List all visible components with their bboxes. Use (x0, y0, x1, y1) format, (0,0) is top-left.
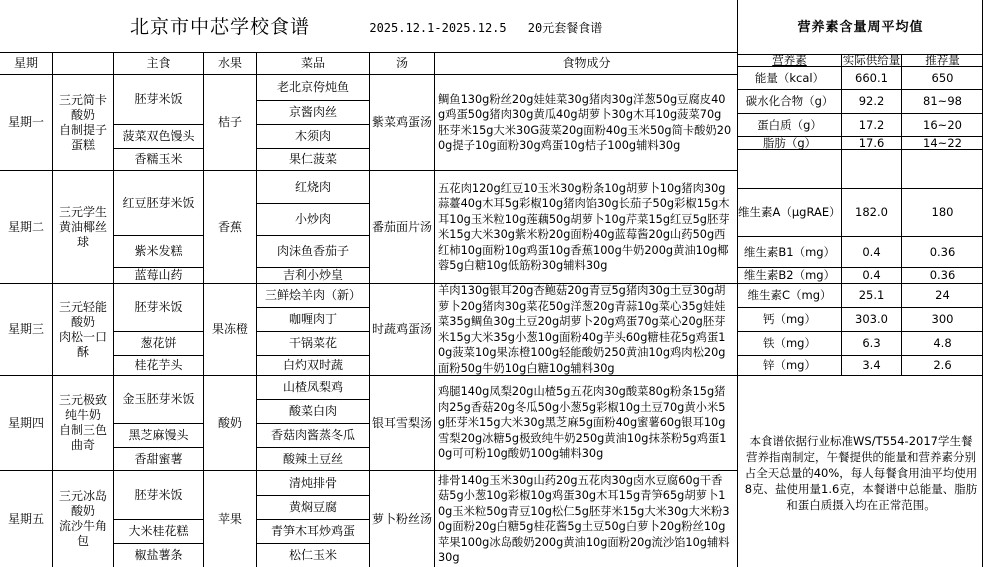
dish-item: 山楂凤梨鸡 (256, 376, 369, 400)
staple-item: 香甜蜜薯 (113, 448, 203, 470)
nutrient-recommended: 0.36 (901, 237, 983, 268)
dish-item: 果仁菠菜 (256, 149, 369, 170)
staple-item: 胚芽米饭 (113, 471, 203, 520)
extra-item: 三元极致 纯牛奶 自制三色 曲奇 (52, 376, 113, 470)
header-ingredients: 食物成分 (434, 52, 738, 75)
page-title: 北京市中芯学校食谱 (120, 12, 320, 42)
day-label: 星期五 (0, 471, 52, 567)
soup-item: 时蔬鸡蛋汤 (369, 284, 434, 375)
extra-item: 三元轻能 酸奶 肉松一口 酥 (52, 284, 113, 375)
dish-item: 三鲜烩羊肉（新） (256, 284, 369, 308)
nutrient-actual: 182.0 (841, 189, 901, 237)
dish-item: 木须肉 (256, 125, 369, 149)
nutrition-note: 本食谱依据行业标准WS/T554-2017学生餐营养指南制定，午餐提供的能量和营… (740, 432, 982, 514)
fruit-item: 酸奶 (203, 376, 256, 470)
nutrient-name: 维生素B1（mg） (738, 237, 841, 268)
day-label: 星期三 (0, 284, 52, 375)
nutrient-actual: 0.4 (841, 268, 901, 284)
fruit-item: 果冻橙 (203, 284, 256, 375)
dish-item: 青笋木耳炒鸡蛋 (256, 520, 369, 544)
nutrient-actual: 92.2 (841, 90, 901, 114)
dish-item: 香菇肉酱蒸冬瓜 (256, 424, 369, 448)
dish-item: 吉利小炒皇 (256, 268, 369, 283)
ingredients-text: 鲷鱼130g粉丝20g娃娃菜30g猪肉30g洋葱50g豆腐皮40g鸡蛋50g猪肉… (434, 75, 738, 170)
nutrient-recommended: 14~22 (901, 137, 983, 150)
staple-item: 大米桂花糕 (113, 520, 203, 544)
nutrient-name-blank (738, 150, 841, 189)
nutrient-recommended: 81~98 (901, 90, 983, 114)
fruit-item: 桔子 (203, 75, 256, 170)
dish-item: 干锅菜花 (256, 332, 369, 356)
soup-item: 紫菜鸡蛋汤 (369, 75, 434, 170)
staple-item: 蓝莓山药 (113, 268, 203, 283)
soup-item: 番茄面片汤 (369, 171, 434, 283)
header-dishes: 菜品 (256, 52, 369, 75)
day-label: 星期二 (0, 171, 52, 283)
nutrient-recommended: 300 (901, 308, 983, 332)
header-fruit: 水果 (203, 52, 256, 75)
header-staple: 主食 (113, 52, 203, 75)
nutrient-name: 碳水化合物（g） (738, 90, 841, 114)
nutrient-recommended: 650 (901, 67, 983, 90)
nutrient-actual: 6.3 (841, 332, 901, 356)
dish-item: 老北京侉炖鱼 (256, 75, 369, 101)
nutrient-actual: 303.0 (841, 308, 901, 332)
nutrition-header-name: 营养素 (738, 55, 841, 67)
nutrient-actual: 17.6 (841, 137, 901, 150)
staple-item: 胚芽米饭 (113, 75, 203, 125)
nutrient-name: 锌（mg） (738, 356, 841, 376)
staple-item: 葱花饼 (113, 332, 203, 356)
nutrient-actual: 660.1 (841, 67, 901, 90)
staple-item: 黑芝麻馒头 (113, 424, 203, 448)
staple-item: 红豆胚芽米饭 (113, 171, 203, 236)
nutrient-name: 能量（kcal） (738, 67, 841, 90)
nutrient-actual: 3.4 (841, 356, 901, 376)
extra-item: 三元冰岛 酸奶 流沙牛角 包 (52, 471, 113, 567)
title-area: 北京市中芯学校食谱 2025.12.1-2025.12.5 20元套餐食谱 (0, 0, 738, 52)
nutrient-name: 铁（mg） (738, 332, 841, 356)
staple-item: 金玉胚芽米饭 (113, 376, 203, 424)
header-extra (52, 52, 113, 75)
nutrition-title: 营养素含量周平均值 (738, 0, 983, 55)
nutrient-recommended: 180 (901, 189, 983, 237)
dish-item: 松仁玉米 (256, 544, 369, 567)
staple-item: 紫米发糕 (113, 236, 203, 268)
soup-item: 萝卜粉丝汤 (369, 471, 434, 567)
nutrient-name: 维生素A（μgRAE） (738, 189, 841, 237)
header-soup: 汤 (369, 52, 434, 75)
staple-item: 胚芽米饭 (113, 284, 203, 332)
dish-item: 白灼双时蔬 (256, 356, 369, 375)
fruit-item: 香蕉 (203, 171, 256, 283)
ingredients-text: 羊肉130g银耳20g杏鲍菇20g青豆5g猪肉30g土豆30g胡萝卜20g猪肉3… (434, 284, 738, 375)
dish-item: 京酱肉丝 (256, 101, 369, 125)
ingredients-text: 排骨140g玉米30g山药20g五花肉30g卤水豆腐60g干香菇5g小葱10g彩… (434, 471, 738, 567)
staple-item: 菠菜双色馒头 (113, 125, 203, 149)
header-day: 星期 (0, 52, 52, 75)
soup-item: 银耳雪梨汤 (369, 376, 434, 470)
dish-item: 红烧肉 (256, 171, 369, 204)
nutrient-name: 维生素B2（mg） (738, 268, 841, 284)
dish-item: 酸菜白肉 (256, 400, 369, 424)
ingredients-text: 鸡腿140g凤梨20g山楂5g五花肉30g酸菜80g粉条15g猪肉25g香菇20… (434, 376, 738, 470)
staple-item: 香糯玉米 (113, 149, 203, 170)
nutrient-actual: 17.2 (841, 114, 901, 137)
nutrient-name: 脂肪（g） (738, 137, 841, 150)
ingredients-text: 五花肉120g红豆10玉米30g粉条10g胡萝卜10g猪肉30g蒜薹40g木耳5… (434, 171, 738, 283)
nutrient-actual-blank (841, 150, 901, 189)
nutrient-recommended: 4.8 (901, 332, 983, 356)
nutrient-recommended: 16~20 (901, 114, 983, 137)
dish-item: 咖喱肉丁 (256, 308, 369, 332)
nutrient-name: 钙（mg） (738, 308, 841, 332)
dish-item: 黄焖豆腐 (256, 496, 369, 520)
nutrient-recommended: 0.36 (901, 268, 983, 284)
day-label: 星期一 (0, 75, 52, 170)
extra-item: 三元学生 黄油椰丝 球 (52, 171, 113, 283)
staple-item: 椒盐薯条 (113, 544, 203, 567)
nutrient-actual: 25.1 (841, 284, 901, 308)
dish-item: 清炖排骨 (256, 471, 369, 496)
nutrition-header-recommended: 推荐量 (901, 55, 983, 67)
nutrition-header-actual: 实际供给量 (841, 55, 901, 67)
fruit-item: 苹果 (203, 471, 256, 567)
nutrient-actual: 0.4 (841, 237, 901, 268)
menu-type: 20元套餐食谱 (520, 16, 610, 40)
staple-item: 桂花芋头 (113, 356, 203, 375)
nutrient-name: 维生素C（mg） (738, 284, 841, 308)
nutrient-recommended: 24 (901, 284, 983, 308)
dish-item: 小炒肉 (256, 204, 369, 236)
dish-item: 肉沫鱼香茄子 (256, 236, 369, 268)
nutrient-recommended: 2.6 (901, 356, 983, 376)
nutrient-name: 蛋白质（g） (738, 114, 841, 137)
nutrient-recommended-blank (901, 150, 983, 189)
date-range: 2025.12.1-2025.12.5 (368, 16, 508, 40)
dish-item: 酸辣土豆丝 (256, 448, 369, 470)
day-label: 星期四 (0, 376, 52, 470)
extra-item: 三元简卡 酸奶 自制提子 蛋糕 (52, 75, 113, 170)
